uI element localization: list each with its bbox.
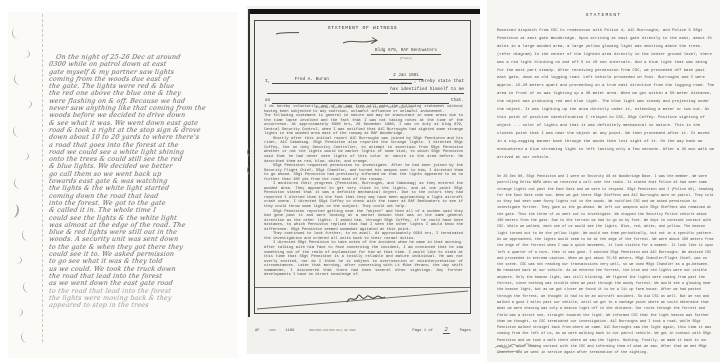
form-word: FORM bbox=[269, 329, 275, 332]
statement-paragraph: I directed SSgt Penniston to take notes … bbox=[264, 241, 463, 277]
statement-paragraph: Shortly after this initial report A1C Bu… bbox=[264, 137, 463, 164]
handwritten-text-block: On the night of 25-26 Dec at around0300 … bbox=[49, 54, 223, 309]
page-count-group: Page 1 of 2 Pages bbox=[412, 318, 471, 336]
signature-area bbox=[255, 287, 470, 312]
tear-mark bbox=[21, 49, 30, 58]
tear-mark bbox=[11, 27, 22, 40]
declarant-name: Fred A. Buran bbox=[295, 77, 329, 82]
place-label: (Place) bbox=[348, 56, 464, 60]
statement-paragraph: I do hereby voluntarily and of my own fr… bbox=[264, 105, 463, 114]
statement-paragraph-2: On 26 Dec 80, SSgt Penniston and I were … bbox=[497, 174, 715, 357]
statement-of-witness-title: STATEMENT OF WITNESS bbox=[255, 26, 470, 32]
as-prefix: as bbox=[265, 98, 270, 103]
handwritten-statement-page: On the night of 25-26 Dec at around0300 … bbox=[8, 12, 238, 358]
scanned-documents-view: On the night of 25-26 Dec at around0300 … bbox=[0, 0, 720, 362]
pencil-scrawl-mark bbox=[492, 336, 562, 356]
statement-body-text: I do hereby voluntarily and of my own fr… bbox=[264, 105, 463, 278]
paper-crease-line bbox=[42, 14, 43, 342]
tear-mark bbox=[9, 203, 20, 218]
form-number: 1169 bbox=[285, 329, 294, 333]
statement-paragraph-1: Received dispatch from CSC to rendezvous… bbox=[497, 28, 715, 162]
tear-mark bbox=[21, 229, 32, 242]
place-value: Bldg 679, RAF Bentwaters bbox=[371, 48, 441, 55]
form-number-group: AF FORM 1169 PREVIOUS EDITION WILL BE US… bbox=[255, 318, 356, 336]
scan-artifact-strip bbox=[249, 9, 480, 14]
form-prefix: AF bbox=[255, 329, 260, 333]
name-fill-line: Fred A. Buran bbox=[272, 77, 412, 84]
strike-through-and-signature bbox=[255, 288, 470, 312]
tear-mark bbox=[13, 177, 24, 190]
statement-paragraph: I monitored their progress (Penniston, B… bbox=[264, 182, 463, 209]
as-suffix: that. bbox=[451, 98, 464, 103]
declarant-prefix: I, bbox=[265, 79, 270, 84]
tear-mark bbox=[13, 255, 22, 264]
identified-line-text: has identified himself to me bbox=[390, 87, 464, 94]
handwritten-page-count: 2 bbox=[443, 327, 450, 334]
tear-mark bbox=[20, 331, 31, 344]
tear-mark bbox=[22, 281, 33, 294]
tear-mark bbox=[23, 99, 32, 108]
form-border: STATEMENT OF WITNESS Bldg 679, RAF Bentw… bbox=[254, 20, 471, 314]
statement-title: STATEMENT bbox=[487, 13, 720, 18]
scan-edge-shadow bbox=[248, 9, 250, 317]
handwritten-line: appeared to stop in the trees bbox=[48, 302, 223, 309]
tear-mark bbox=[20, 151, 29, 160]
tear-mark bbox=[14, 307, 23, 316]
statement-paragraph: The following statement is general in na… bbox=[264, 114, 463, 137]
role-fill-line bbox=[272, 97, 449, 104]
pages-suffix: Pages bbox=[460, 329, 471, 333]
declarant-row-1: I, Fred A. Buran , hereby state that bbox=[265, 77, 464, 84]
statement-of-witness-page: STATEMENT OF WITNESS Bldg 679, RAF Bentw… bbox=[247, 6, 480, 354]
declarant-row-2: has identified himself to me bbox=[265, 87, 464, 94]
page-prefix: Page 1 of bbox=[412, 329, 433, 333]
form-footer: AF FORM 1169 PREVIOUS EDITION WILL BE US… bbox=[255, 318, 471, 336]
edition-note: PREVIOUS EDITION WILL BE USED bbox=[309, 329, 356, 332]
declarant-row-3: as that. bbox=[265, 97, 464, 104]
statement-paragraph: SSgt Penniston requested permission to i… bbox=[264, 164, 463, 182]
declarant-suffix: , hereby state that bbox=[414, 79, 464, 84]
tear-mark bbox=[13, 73, 24, 86]
tear-mark bbox=[12, 125, 23, 138]
typed-statement-page: STATEMENT Received dispatch from CSC to … bbox=[487, 0, 720, 362]
statement-paragraph: SSgt Penniston reported getting near the… bbox=[264, 210, 463, 233]
identified-fill-line bbox=[267, 87, 388, 94]
